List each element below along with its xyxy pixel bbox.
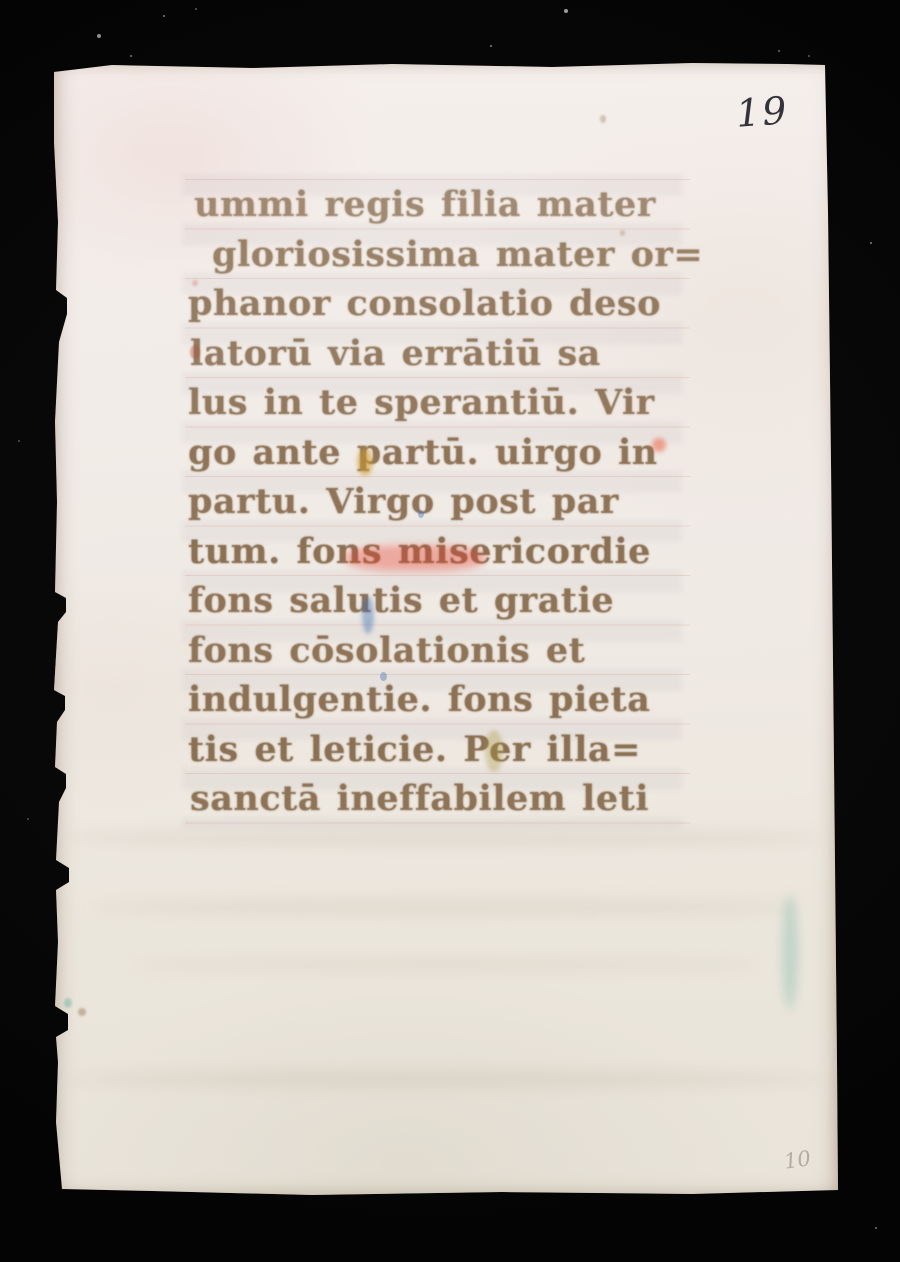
brown-speck: [78, 1008, 86, 1016]
manuscript-line: ummi regis filia mater: [188, 180, 688, 230]
manuscript-line: indulgentie. fons pieta: [188, 675, 688, 725]
parchment-leaf: 19 ummi regis filia mater gloriosissima …: [52, 62, 838, 1198]
teal-edge-stain: [782, 895, 798, 1010]
manuscript-line: latorū via errātiū sa: [188, 329, 688, 379]
pencil-inscription: 10: [782, 1146, 812, 1173]
blue-ink-speck: [418, 510, 424, 518]
folio-number: 19: [735, 88, 790, 136]
parchment-cockle-band: [131, 960, 760, 970]
wax-stain: [357, 448, 373, 476]
manuscript-line: gloriosissima mater or=: [188, 230, 688, 280]
red-ink-smudge: [345, 545, 485, 571]
pink-speck: [192, 280, 198, 286]
parchment-cockle-band: [68, 1070, 823, 1088]
manuscript-line: sanctā ineffabilem leti: [188, 774, 688, 824]
parchment-cockle-band: [91, 900, 798, 914]
red-speck: [652, 438, 666, 452]
teal-speck: [64, 998, 72, 1008]
manuscript-line: partu. Virgo post par: [188, 477, 688, 527]
manuscript-line: tis et leticie. Per illa=: [188, 725, 688, 775]
manuscript-line: phanor consolatio deso: [188, 279, 688, 329]
brown-speck: [600, 115, 606, 123]
manuscript-line: fons cōsolationis et: [188, 626, 688, 676]
manuscript-line: fons salutis et gratie: [188, 576, 688, 626]
manuscript-line: go ante partū. uirgo in: [188, 428, 688, 478]
photograph-black-backdrop: 19 ummi regis filia mater gloriosissima …: [0, 0, 900, 1262]
manuscript-line: lus in te sperantiū. Vir: [188, 378, 688, 428]
blue-ink-speck: [380, 672, 387, 681]
margin-mark: [190, 345, 200, 359]
blue-ink-smudge: [362, 596, 374, 634]
olive-stain: [485, 730, 503, 772]
manuscript-text-block: ummi regis filia mater gloriosissima mat…: [188, 180, 688, 824]
dust-specks: [0, 0, 2, 2]
brown-speck: [620, 230, 625, 236]
